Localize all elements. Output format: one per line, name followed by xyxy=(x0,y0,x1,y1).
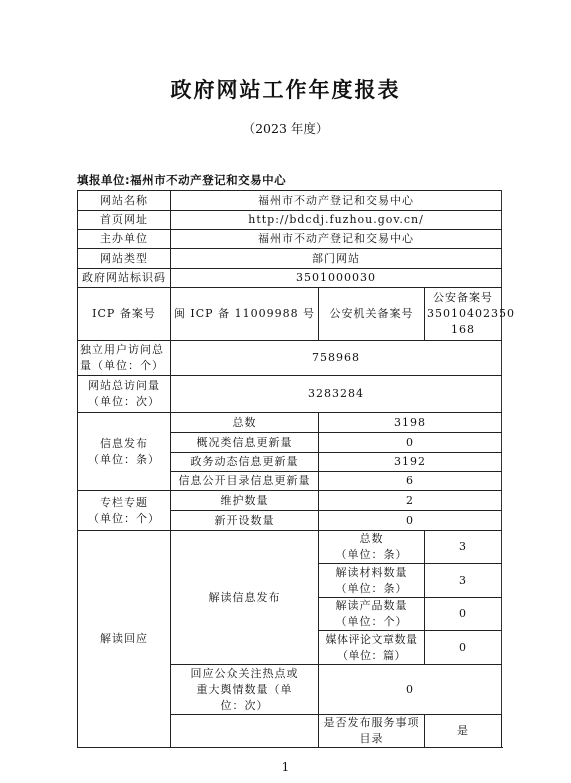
hotspot-value: 0 xyxy=(319,665,502,715)
info-row-label: 总数 xyxy=(171,413,319,433)
label-line: （单位：条） xyxy=(80,452,168,468)
site-code-label: 政府网站标识码 xyxy=(78,269,171,288)
police-record-label: 公安机关备案号 xyxy=(319,288,425,341)
police-record-line: 35010402350 xyxy=(427,306,499,322)
site-code-value: 3501000030 xyxy=(171,269,502,288)
label-line: 解读产品数量 xyxy=(321,598,422,614)
row-site-name: 网站名称 福州市不动产登记和交易中心 xyxy=(78,191,502,211)
label-line: 专栏专题 xyxy=(80,495,168,511)
filler-label: 填报单位: xyxy=(77,173,130,187)
report-title: 政府网站工作年度报表 xyxy=(0,74,571,104)
page-number: 1 xyxy=(0,760,571,774)
unique-visitors-label: 独立用户访问总量（单位：个） xyxy=(78,341,171,376)
homepage-label: 首页网址 xyxy=(78,211,171,230)
filler-value: 福州市不动产登记和交易中心 xyxy=(130,173,286,187)
site-name-label: 网站名称 xyxy=(78,191,171,211)
row-total-visits: 网站总访问量 （单位：次） 3283284 xyxy=(78,376,502,413)
info-row-value: 0 xyxy=(319,433,502,453)
row-columns-maintained: 专栏专题 （单位：个） 维护数量 2 xyxy=(78,491,502,511)
empty-cell xyxy=(171,715,319,748)
row-site-type: 网站类型 部门网站 xyxy=(78,249,502,269)
interp-row-label: 解读材料数量 （单位：条） xyxy=(319,564,425,598)
row-interp-total: 解读回应 解读信息发布 总数 （单位：条） 3 xyxy=(78,531,502,564)
info-row-value: 3192 xyxy=(319,453,502,472)
total-visits-value: 3283284 xyxy=(171,376,502,413)
info-row-value: 6 xyxy=(319,472,502,491)
label-line: （单位：篇） xyxy=(321,648,422,664)
columns-row-label: 维护数量 xyxy=(171,491,319,511)
label-line: （单位：条） xyxy=(321,547,422,563)
label-line: （单位：次） xyxy=(80,394,168,410)
label-line: 解读材料数量 xyxy=(321,565,422,581)
columns-row-value: 2 xyxy=(319,491,502,511)
sponsor-label: 主办单位 xyxy=(78,230,171,249)
row-site-code: 政府网站标识码 3501000030 xyxy=(78,269,502,288)
interp-row-value: 3 xyxy=(425,531,502,564)
site-type-value: 部门网站 xyxy=(171,249,502,269)
site-type-label: 网站类型 xyxy=(78,249,171,269)
interp-row-value: 3 xyxy=(425,564,502,598)
interp-row-label: 解读产品数量 （单位：个） xyxy=(319,598,425,631)
label-line: （单位：个） xyxy=(80,511,168,527)
info-row-label: 政务动态信息更新量 xyxy=(171,453,319,472)
police-record-line: 168 xyxy=(427,322,499,338)
info-release-label: 信息发布 （单位：条） xyxy=(78,413,171,491)
label-line: 媒体评论文章数量 xyxy=(321,632,422,648)
row-info-total: 信息发布 （单位：条） 总数 3198 xyxy=(78,413,502,433)
interpretation-sub-label: 解读信息发布 xyxy=(171,531,319,665)
sponsor-value: 福州市不动产登记和交易中心 xyxy=(171,230,502,249)
interp-row-label: 总数 （单位：条） xyxy=(319,531,425,564)
label-line: （单位：个） xyxy=(321,614,422,630)
interp-row-label: 媒体评论文章数量 （单位：篇） xyxy=(319,631,425,665)
label-line: 网站总访问量 xyxy=(80,378,168,394)
row-unique-visitors: 独立用户访问总量（单位：个） 758968 xyxy=(78,341,502,376)
homepage-value: http://bdcdj.fuzhou.gov.cn/ xyxy=(171,211,502,230)
label-line: （单位：条） xyxy=(321,581,422,597)
icp-value: 闽 ICP 备 11009988 号 xyxy=(171,288,319,341)
info-row-label: 信息公开目录信息更新量 xyxy=(171,472,319,491)
hotspot-label: 回应公众关注热点或重大舆情数量（单位：次） xyxy=(171,665,319,715)
interp-row-value: 0 xyxy=(425,631,502,665)
info-row-value: 3198 xyxy=(319,413,502,433)
row-homepage: 首页网址 http://bdcdj.fuzhou.gov.cn/ xyxy=(78,211,502,230)
columns-label: 专栏专题 （单位：个） xyxy=(78,491,171,531)
row-sponsor: 主办单位 福州市不动产登记和交易中心 xyxy=(78,230,502,249)
police-record-line: 公安备案号 xyxy=(427,290,499,306)
interpretation-label: 解读回应 xyxy=(78,531,171,748)
row-icp: ICP 备案号 闽 ICP 备 11009988 号 公安机关备案号 公安备案号… xyxy=(78,288,502,341)
service-catalog-value: 是 xyxy=(425,715,502,748)
interp-row-value: 0 xyxy=(425,598,502,631)
unique-visitors-value: 758968 xyxy=(171,341,502,376)
label-line: 总数 xyxy=(321,531,422,547)
report-table: 网站名称 福州市不动产登记和交易中心 首页网址 http://bdcdj.fuz… xyxy=(77,190,502,748)
columns-row-label: 新开设数量 xyxy=(171,511,319,531)
service-catalog-label: 是否发布服务事项目录 xyxy=(319,715,425,748)
filler-unit: 填报单位:福州市不动产登记和交易中心 xyxy=(77,172,286,188)
report-year: （2023 年度） xyxy=(0,119,571,137)
info-row-label: 概况类信息更新量 xyxy=(171,433,319,453)
label-line: 信息发布 xyxy=(80,436,168,452)
columns-row-value: 0 xyxy=(319,511,502,531)
total-visits-label: 网站总访问量 （单位：次） xyxy=(78,376,171,413)
site-name-value: 福州市不动产登记和交易中心 xyxy=(171,191,502,211)
icp-label: ICP 备案号 xyxy=(78,288,171,341)
police-record-value: 公安备案号 35010402350 168 xyxy=(425,288,502,341)
